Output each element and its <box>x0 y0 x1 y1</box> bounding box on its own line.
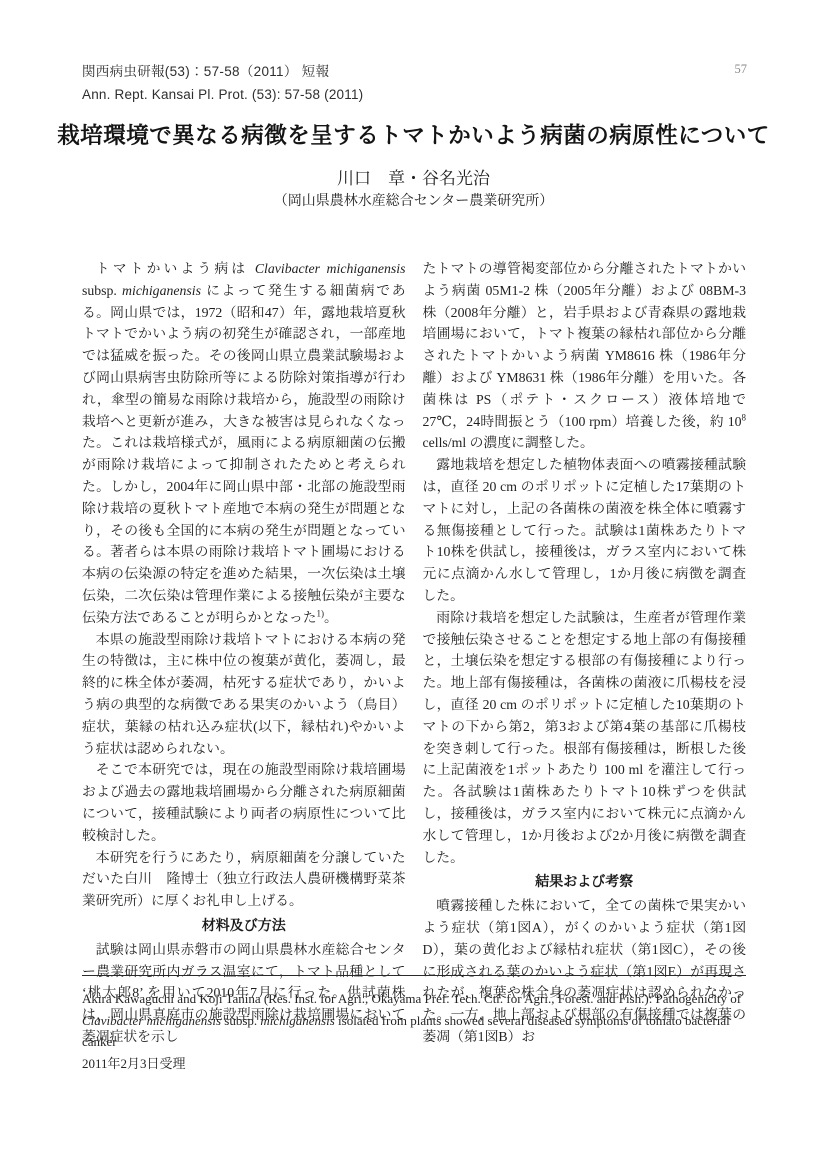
text-run: cells/ml の濃度に調整した。 <box>423 435 594 450</box>
article-title: 栽培環境で異なる病徴を呈するトマトかいよう病菌の病原性について <box>0 118 827 150</box>
footer: Akira Kawaguchi and Koji Tanina (Res. In… <box>82 988 746 1074</box>
paragraph: 露地栽培を想定した植物体表面への噴霧接種試験は，直径 20 cm のポリポットに… <box>423 454 747 607</box>
text-run: 本県の施設型雨除け栽培トマトにおける本病の発生の特徴は，主に株中位の複葉が黄化，… <box>82 632 406 756</box>
italic-run: michiganensis <box>122 283 201 298</box>
footer-attribution: Akira Kawaguchi and Koji Tanina (Res. In… <box>82 988 746 1053</box>
footer-rule <box>82 975 746 976</box>
paragraph: 雨除け栽培を想定した試験は，生産者が管理作業で接触伝染させることを想定する地上部… <box>423 607 747 869</box>
page-number: 57 <box>735 62 748 77</box>
paragraph: そこで本研究では，現在の施設型雨除け栽培圃場および過去の露地栽培圃場から分離され… <box>82 759 406 846</box>
journal-citation-ja: 関西病虫研報(53)：57-58（2011） 短報 <box>82 60 329 80</box>
text-run: subsp. <box>221 1013 260 1028</box>
authors: 川口 章・谷名光治 <box>0 164 827 189</box>
italic-run: Clavibacter michiganensis <box>255 261 406 276</box>
affiliation: （岡山県農林水産総合センター農業研究所） <box>0 190 827 210</box>
text-run: 露地栽培を想定した植物体表面への噴霧接種試験は，直径 20 cm のポリポットに… <box>423 457 747 603</box>
text-run: 。 <box>324 610 338 625</box>
paragraph: たトマトの導管褐変部位から分離されたトマトかいよう病菌 05M1-2 株（200… <box>423 258 747 454</box>
left-column: トマトかいよう病は Clavibacter michiganensis subs… <box>82 258 406 1048</box>
article-body: トマトかいよう病は Clavibacter michiganensis subs… <box>82 258 746 1048</box>
text-run: subsp. <box>82 283 122 298</box>
section-heading: 材料及び方法 <box>82 915 406 937</box>
superscript: 1) <box>317 608 325 618</box>
right-column: たトマトの導管褐変部位から分離されたトマトかいよう病菌 05M1-2 株（200… <box>423 258 747 1048</box>
text-run: トマトかいよう病は <box>96 261 255 276</box>
paragraph: 本研究を行うにあたり，病原細菌を分譲していただいた白川 隆博士（独立行政法人農研… <box>82 847 406 912</box>
received-date: 2011年2月3日受理 <box>82 1053 746 1075</box>
italic-run: michiganensis <box>260 1013 334 1028</box>
text-run: たトマトの導管褐変部位から分離されたトマトかいよう病菌 05M1-2 株（200… <box>423 261 747 429</box>
text-run: 雨除け栽培を想定した試験は，生産者が管理作業で接触伝染させることを想定する地上部… <box>423 610 747 865</box>
italic-run: Clavibacter michiganensis <box>82 1013 221 1028</box>
page: 関西病虫研報(53)：57-58（2011） 短報 Ann. Rept. Kan… <box>0 0 827 1170</box>
journal-citation-en: Ann. Rept. Kansai Pl. Prot. (53): 57-58 … <box>82 87 363 102</box>
text-run: 本研究を行うにあたり，病原細菌を分譲していただいた白川 隆博士（独立行政法人農研… <box>82 850 406 909</box>
superscript: 8 <box>742 412 747 422</box>
paragraph: 本県の施設型雨除け栽培トマトにおける本病の発生の特徴は，主に株中位の複葉が黄化，… <box>82 629 406 760</box>
text-run: そこで本研究では，現在の施設型雨除け栽培圃場および過去の露地栽培圃場から分離され… <box>82 762 406 842</box>
section-heading: 結果および考察 <box>423 871 747 893</box>
text-run: Akira Kawaguchi and Koji Tanina (Res. In… <box>82 991 741 1006</box>
text-run: によって発生する細菌病である。岡山県では，1972（昭和47）年，露地栽培夏秋ト… <box>82 283 406 625</box>
paragraph: トマトかいよう病は Clavibacter michiganensis subs… <box>82 258 406 629</box>
